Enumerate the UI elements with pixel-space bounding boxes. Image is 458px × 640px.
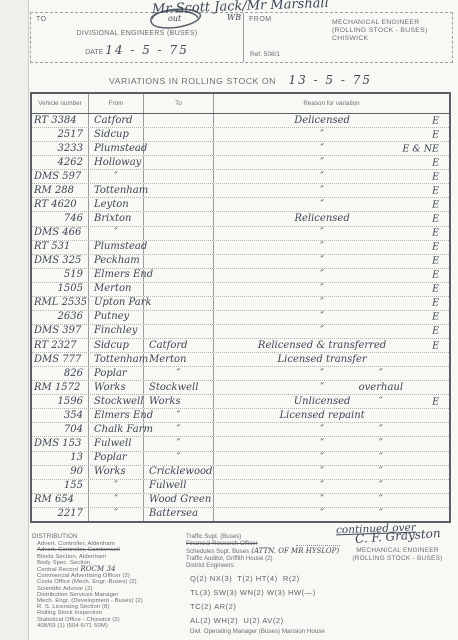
table-row: 155″Fulwell″″ [32,480,449,494]
form-title-date-handwritten: 13 - 5 - 75 [288,73,372,87]
to-cell-text: Merton [149,354,186,366]
reason-text: ″ [320,325,324,337]
reason-text: ″ [320,269,324,281]
vehicle-number-cell: 90 [32,466,89,479]
reason-text: Delicensed [294,115,350,127]
vehicle-number-cell-text: 155 [64,480,83,492]
reason-cell: ″E [214,241,449,254]
table-row: 746BrixtonRelicensedE [32,212,449,226]
vehicle-number-cell: DMS 597 [32,170,89,183]
reason-text: ″ [320,143,324,155]
table-row: 2517Sidcup″E [32,128,449,142]
to-cell-text: ″ [177,424,181,436]
from-cell-text: ″ [114,480,118,492]
table-body: RT 3384CatfordDelicensedE2517Sidcup″E323… [32,114,449,521]
reason-cell: Licensed transfer [214,353,449,366]
reason-secondary-text: ″ [379,368,383,380]
to-cell [144,184,214,197]
from-cell-text: Finchley [94,325,137,337]
to-cell: Catford [144,339,214,352]
to-cell: ″ [144,423,214,436]
vehicle-number-cell: 746 [32,212,89,225]
reason-text: ″ [320,129,324,141]
to-cell [144,255,214,268]
to-cell-text: Cricklewood [149,466,212,478]
reason-text: ″ [320,297,324,309]
from-address: MECHANICAL ENGINEER (ROLLING STOCK - BUS… [332,19,428,44]
reason-text: ″ [320,241,324,253]
form-title: VARIATIONS IN ROLLING STOCK ON [109,76,276,86]
reason-cell: ″E [214,325,449,338]
margin-mark: E [432,340,439,351]
signature-role-line: (ROLLING STOCK - BUSES) [340,555,455,563]
margin-mark: E [432,199,439,210]
table-row: DMS 777TottenhamMertonLicensed transfer [32,353,449,367]
reason-secondary-text: ″ [379,466,383,478]
vehicle-number-cell-text: RM 288 [34,185,74,197]
to-cell [144,156,214,169]
from-cell-text: Brixton [94,213,131,225]
vehicle-number-cell: DMS 777 [32,353,89,366]
reason-text: ″ [320,424,324,436]
header-box: TO DIVISIONAL ENGINEERS (BUSES) DATE 14 … [30,12,453,63]
from-cell: Tottenham [89,353,144,366]
to-cell-text: Fulwell [149,480,186,492]
to-cell: Fulwell [144,480,214,493]
vehicle-number-cell-text: DMS 397 [34,325,81,337]
to-cell-text: Catford [149,340,188,352]
table-row: RT 4620Leyton″E [32,198,449,212]
vehicle-number-cell-text: 90 [70,466,83,478]
margin-mark: E [432,129,439,140]
garage-codes: Q(2) NX(3) T(2) HT(4) R(2)TL(3) SW(3) WN… [190,572,316,628]
from-cell: FROM MECHANICAL ENGINEER (ROLLING STOCK … [244,13,452,62]
reason-secondary-text: ″ [379,424,383,436]
table-row: DMS 466″″E [32,227,449,241]
from-cell: Elmers End [89,409,144,422]
reason-text: ″ [320,452,324,464]
scanned-form-page: Mr Scott Jack/Mr Marshall out WB TO DIVI… [0,0,458,640]
vehicle-number-cell: 826 [32,367,89,380]
reason-text: ″ [320,382,324,394]
vehicle-number-cell-text: DMS 153 [34,438,81,450]
reason-cell: ″E [214,255,449,268]
reason-text: ″ [320,171,324,183]
table-row: 13Poplar″″″ [32,452,449,466]
to-cell: Stockwell [144,381,214,394]
to-cell: ″ [144,452,214,465]
reason-text: ″ [320,185,324,197]
from-cell-text: Sidcup [94,129,129,141]
from-cell: Merton [89,283,144,296]
vehicle-number-cell: 13 [32,452,89,465]
to-cell-text: ″ [177,410,181,422]
from-cell: Elmers End [89,269,144,282]
date-label: DATE [85,49,103,56]
from-cell: Sidcup [89,128,144,141]
from-cell: Leyton [89,198,144,211]
to-cell-text: ″ [177,438,181,450]
table-row: 354Elmers End″Licensed repaint [32,409,449,423]
reason-secondary-text: ″ [379,508,383,520]
vehicle-number-cell-text: RT 531 [34,241,70,253]
table-row: DMS 397Finchley″E [32,325,449,339]
to-cell-text: Works [149,396,181,408]
reason-text: ″ [320,508,324,520]
to-cell: TO DIVISIONAL ENGINEERS (BUSES) DATE 14 … [31,13,244,62]
reason-secondary-text: ″ [379,494,383,506]
table-row: RM 288Tottenham″E [32,184,449,198]
from-cell: Plumstead [89,142,144,155]
vehicle-number-cell: RM 288 [32,184,89,197]
from-cell: Works [89,466,144,479]
from-cell: Poplar [89,367,144,380]
date-value-handwritten: 14 - 5 - 75 [105,43,189,57]
to-cell [144,269,214,282]
margin-mark: E [432,298,439,309]
reason-text: ″ [320,255,324,267]
table-row: 1505Merton″E [32,283,449,297]
vehicle-number-cell-text: DMS 325 [34,255,81,267]
vehicle-number-cell-text: 354 [64,410,83,422]
table-row: RM 654″Wood Green″″ [32,494,449,508]
to-cell: ″ [144,367,214,380]
vehicle-number-cell-text: DMS 597 [34,171,81,183]
distribution-item: Central Record ROCM 34 [32,566,184,573]
reason-cell: ″″ [214,423,449,436]
column-header-to: To [144,94,214,113]
vehicle-number-cell-text: 13 [70,452,83,464]
reason-text: ″ [320,466,324,478]
reason-cell: ″″ [214,508,449,521]
reason-cell: ″E [214,297,449,310]
reason-cell: ″overhaul [214,381,449,394]
reason-cell: ″″ [214,466,449,479]
from-cell: ″ [89,494,144,507]
vehicle-number-cell-text: RM 1572 [34,382,80,394]
vehicle-number-cell-text: RM 654 [34,494,74,506]
vehicle-number-cell-text: DMS 466 [34,227,81,239]
vehicle-number-cell-text: RML 2535 [34,297,87,309]
vehicle-number-cell: 704 [32,423,89,436]
distribution-title: DISTRIBUTION [32,534,184,540]
from-cell: Fulwell [89,437,144,450]
from-cell: ″ [89,227,144,240]
margin-mark: E [432,396,439,407]
margin-mark: E [432,326,439,337]
circled-note: out [168,14,181,23]
reason-text: ″ [320,480,324,492]
reason-text: ″ [320,311,324,323]
vehicle-number-cell-text: 746 [64,213,83,225]
table-row: 2636Putney″E [32,311,449,325]
garage-code-line: AL(2) WH(2) U(2) AV(2) [190,614,316,628]
table-row: 704Chalk Farm″″″ [32,423,449,437]
vehicle-number-cell: DMS 153 [32,437,89,450]
distribution-items: Advert. Controller, AldenhamAdvert. Cont… [32,541,184,629]
from-cell-text: Poplar [94,452,127,464]
from-cell-text: Stockwell [94,396,143,408]
vehicle-number-cell-text: RT 3384 [34,115,77,127]
margin-mark: E [432,270,439,281]
to-cell-text: ″ [177,452,181,464]
table-row: 826Poplar″″″ [32,367,449,381]
table-row: RT 531Plumstead″E [32,241,449,255]
table-row: 3233Plumstead″E & NE [32,142,449,156]
vehicle-number-cell: RM 1572 [32,381,89,394]
list-item-text: Distribution Services Manager [37,592,118,598]
margin-mark: E [432,213,439,224]
from-cell: ″ [89,170,144,183]
reason-text: ″ [320,283,324,295]
vehicle-number-cell: RT 531 [32,241,89,254]
from-cell-text: Putney [94,311,129,323]
to-cell: Works [144,395,214,408]
table-row: RML 2535Upton Park″E [32,297,449,311]
page-edge [0,0,29,640]
vehicle-number-cell: DMS 466 [32,227,89,240]
table-row: RT 2327SidcupCatfordRelicensed & transfe… [32,339,449,353]
from-cell: Brixton [89,212,144,225]
table-row: DMS 325Peckham″E [32,255,449,269]
ref-number: Ref. 508/1 [250,51,280,58]
vehicle-number-cell-text: 826 [64,368,83,380]
from-cell-text: ″ [114,494,118,506]
to-cell [144,227,214,240]
list-item-text: Commercial Advertising Officer (2) [37,573,130,579]
to-cell [144,198,214,211]
vehicle-number-cell-text: 704 [64,424,83,436]
reason-cell: Licensed repaint [214,409,449,422]
to-cell-text: Wood Green [149,494,211,506]
from-cell-text: Catford [94,115,133,127]
vehicle-number-cell: DMS 397 [32,325,89,338]
reason-cell: ″E [214,311,449,324]
reason-secondary-text: ″ [379,452,383,464]
vehicle-number-cell: RT 3384 [32,114,89,127]
middle-distribution-list: Traffic Supt. (Buses)Financial Research … [186,534,361,570]
reason-text: ″ [320,494,324,506]
vehicle-number-cell: 1505 [32,283,89,296]
vehicle-number-cell-text: 1505 [58,283,83,295]
from-cell: Poplar [89,452,144,465]
to-cell-text: Stockwell [149,382,198,394]
from-cell: Stockwell [89,395,144,408]
from-cell-text: ″ [114,508,118,520]
vehicle-number-cell: RT 2327 [32,339,89,352]
signature-role-line: MECHANICAL ENGINEER [340,547,455,555]
from-cell: Putney [89,311,144,324]
from-cell-text: Merton [94,283,131,295]
reason-text: Relicensed & transferred [258,340,386,352]
reason-text: ″ [320,227,324,239]
to-cell [144,241,214,254]
to-cell [144,325,214,338]
to-cell: Cricklewood [144,466,214,479]
list-item-text: Costs Office (Mech. Engr.-Buses) (2) [37,579,137,585]
list-item-text: Mech. Engr. (Development - Buses) (2) [37,598,143,604]
from-cell-text: ″ [114,171,118,183]
to-label: TO [36,16,47,23]
vehicle-number-cell: RM 654 [32,494,89,507]
vehicle-number-cell: 3233 [32,142,89,155]
reason-cell: ″E [214,269,449,282]
vehicle-number-cell: 2217 [32,508,89,521]
from-cell: ″ [89,480,144,493]
from-cell: Catford [89,114,144,127]
vehicle-number-cell-text: 519 [64,269,83,281]
from-cell: Holloway [89,156,144,169]
to-cell [144,114,214,127]
distribution-item: 408/69 (1) (504 6/71 50M) [32,623,184,629]
initials-note: WB [227,13,241,22]
from-cell: Works [89,381,144,394]
reason-secondary-text: ″ [379,396,383,408]
table-row: 1596StockwellWorksUnlicensed″E [32,395,449,409]
to-cell: Battersea [144,508,214,521]
to-cell [144,170,214,183]
from-cell: Peckham [89,255,144,268]
from-cell: ″ [89,508,144,521]
vehicle-number-cell-text: 2517 [58,129,83,141]
vehicle-number-cell-text: 1596 [58,396,83,408]
vehicle-number-cell-text: 4262 [58,157,83,169]
to-cell: Wood Green [144,494,214,507]
reason-text: ″ [320,199,324,211]
column-header-from: From [89,94,144,113]
reason-cell: ″″ [214,480,449,493]
reason-cell: ″″ [214,437,449,450]
list-item-text: Central Record [37,567,78,573]
from-cell-text: Sidcup [94,340,129,352]
reason-cell: ″″ [214,367,449,380]
vehicle-number-cell: 2636 [32,311,89,324]
reason-text: Licensed repaint [280,410,365,422]
signature-dotted-line [296,545,340,546]
from-cell-text: ″ [114,227,118,239]
margin-mark: E [432,312,439,323]
reason-secondary-text: ″ [379,438,383,450]
list-item-text: Financial Research Officer [186,540,258,547]
list-item-text: Statistical Office - Chiswick (2) [37,617,120,623]
to-cell-text: ″ [177,368,181,380]
vehicle-number-cell: 519 [32,269,89,282]
from-cell-text: Tottenham [94,185,148,197]
from-label: FROM [249,16,272,23]
from-cell: Upton Park [89,297,144,310]
form-title-row: VARIATIONS IN ROLLING STOCK ON 13 - 5 - … [30,71,451,89]
table-row: RM 1572WorksStockwell″overhaul [32,381,449,395]
reason-secondary-text: ″ [379,480,383,492]
reason-cell: Unlicensed″E [214,395,449,408]
margin-mark: E [432,157,439,168]
from-cell-text: Plumstead [94,241,147,253]
signature: C. F. Grayston [354,526,440,546]
handwritten-note: (ATTN. OF MR HYSLOP) [249,547,339,555]
garage-code-line: Q(2) NX(3) T(2) HT(4) R(2) [190,572,316,586]
column-header-vehicle: Vehicle number [32,94,89,113]
vehicle-number-cell-text: 3233 [58,143,83,155]
reason-secondary-text: overhaul [359,382,403,394]
middle-items: Traffic Supt. (Buses)Financial Research … [186,534,361,570]
to-cell [144,297,214,310]
list-item-text: Blinds Section, Aldenham [37,554,106,560]
list-item-text: District Engineers [186,562,234,569]
to-cell-text: Battersea [149,508,198,520]
from-cell-text: Upton Park [94,297,152,309]
from-line: CHISWICK [332,35,428,43]
date-line: DATE 14 - 5 - 75 [31,43,243,57]
to-cell: ″ [144,409,214,422]
table-row: 2217″Battersea″″ [32,508,449,521]
from-cell-text: Tottenham [94,354,148,366]
vehicle-number-cell-text: RT 4620 [34,199,77,211]
to-cell [144,283,214,296]
reason-cell: ″E [214,170,449,183]
vehicle-number-cell: 4262 [32,156,89,169]
vehicle-number-cell-text: 2636 [58,311,83,323]
reason-cell: ″E [214,156,449,169]
list-item-text: 408/69 (1) (504 6/71 50M) [37,623,108,629]
from-line: MECHANICAL ENGINEER [332,19,428,27]
vehicle-number-cell: 2517 [32,128,89,141]
from-cell-text: Fulwell [94,438,131,450]
reason-text: ″ [320,157,324,169]
reason-text: ″ [320,368,324,380]
to-cell: Merton [144,353,214,366]
reason-cell: ″E [214,198,449,211]
reason-text: Relicensed [294,213,349,225]
margin-mark: E [432,256,439,267]
vehicle-number-cell: 354 [32,409,89,422]
from-cell-text: Peckham [94,255,140,267]
from-cell-text: Leyton [94,199,129,211]
table-row: DMS 153Fulwell″″″ [32,437,449,451]
variations-table: Vehicle number From To Reason for variat… [30,92,451,523]
from-cell: Tottenham [89,184,144,197]
reason-cell: ″E [214,283,449,296]
garage-code-line: TL(3) SW(3) WN(2) W(3) HW(—) [190,586,316,600]
from-line: (ROLLING STOCK - BUSES) [332,27,428,35]
to-value: DIVISIONAL ENGINEERS (BUSES) [31,30,243,37]
to-cell [144,311,214,324]
margin-mark: E [432,185,439,196]
distribution-list: DISTRIBUTION Advert. Controller, Aldenha… [32,534,184,629]
handwritten-note: ROCM 34 [78,565,116,573]
from-cell-text: Works [94,382,126,394]
vehicle-number-cell-text: DMS 777 [34,354,81,366]
reason-cell: ″E [214,227,449,240]
from-cell: Sidcup [89,339,144,352]
from-cell: Plumstead [89,241,144,254]
from-cell-text: Holloway [94,157,141,169]
garage-code-line: TC(2) AR(2) [190,600,316,614]
margin-mark: E [432,284,439,295]
list-item-text: Scientific Advisor (2) [37,586,93,592]
to-cell [144,212,214,225]
column-header-reason: Reason for variation [214,94,449,113]
reason-cell: ″″ [214,452,449,465]
to-cell: ″ [144,437,214,450]
reason-cell: DelicensedE [214,114,449,127]
signature-block: C. F. Grayston MECHANICAL ENGINEER (ROLL… [340,527,455,563]
table-row: 519Elmers End″E [32,269,449,283]
margin-mark: E & NE [402,143,439,154]
margin-mark: E [432,242,439,253]
table-row: 90WorksCricklewood″″ [32,466,449,480]
from-cell: Chalk Farm [89,423,144,436]
list-item-text: R. S. Licensing Section (8) [37,604,109,610]
